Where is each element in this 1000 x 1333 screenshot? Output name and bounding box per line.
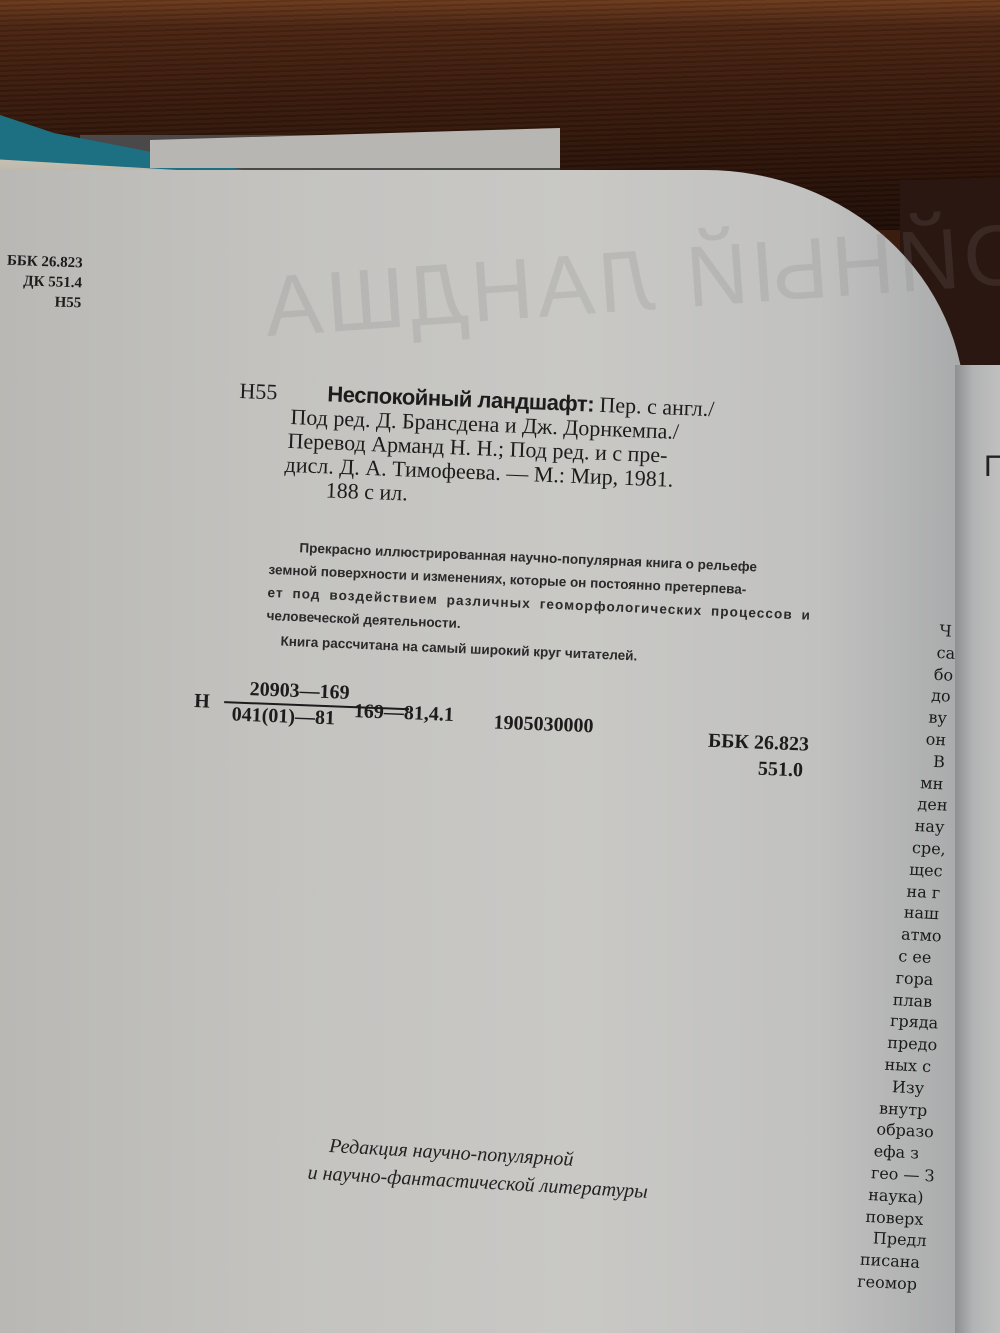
bbk-code: ББК 26.823 — [708, 730, 810, 757]
right-page-line: гора — [895, 967, 945, 991]
right-page-line: он — [925, 728, 958, 751]
right-page-line: ных с — [884, 1054, 941, 1079]
right-page-line: внутр — [879, 1097, 939, 1122]
record-line-5: 188 с ил. — [325, 477, 408, 506]
right-page-line: нау — [914, 815, 953, 839]
imprint-denominator: 041(01)—81 — [231, 703, 335, 730]
edge-code-udc: ДК 551.4 — [0, 271, 82, 294]
imprint-number: 1905030000 — [493, 712, 594, 739]
right-page-line: ден — [917, 793, 955, 817]
right-page-line: гео — З — [870, 1162, 935, 1187]
edge-code-author: Н55 — [0, 291, 82, 314]
right-page-line: ефа з — [873, 1140, 936, 1165]
right-book-page — [955, 365, 1000, 1333]
right-page-line: на г — [906, 880, 950, 904]
right-page-line: с ее — [898, 945, 947, 969]
imprint-letter: Н — [194, 690, 210, 714]
right-page-line: мн — [920, 772, 956, 796]
imprint-numerator: 20903—169 — [249, 678, 350, 705]
right-page-line: В — [922, 750, 956, 774]
right-page-heading: П — [984, 450, 1000, 484]
right-page-line: наука) — [868, 1184, 934, 1209]
right-page-line: предо — [887, 1032, 942, 1057]
right-page-line: са — [936, 642, 962, 665]
right-page-line: Изу — [881, 1075, 939, 1100]
author-sign-code: Н55 — [239, 378, 278, 405]
book-annotation: Прекрасно иллюстрированная научно-популя… — [265, 535, 813, 675]
right-page-line: образо — [876, 1119, 937, 1144]
right-page-line: ву — [928, 707, 959, 730]
right-page-line: наш — [903, 902, 949, 926]
edge-classification-codes: ББК 26.823 ДК 551.4 Н55 — [0, 251, 83, 314]
right-page-line: геомор — [857, 1270, 930, 1296]
imprint-suffix: 169—81,4.1 — [353, 700, 454, 727]
udc-code: 551.0 — [758, 758, 804, 783]
right-page-line: Ч — [939, 620, 964, 643]
right-page-line: сре, — [911, 837, 952, 861]
edge-code-bbk: ББК 26.823 — [0, 251, 83, 274]
right-page-line: плав — [892, 989, 944, 1013]
right-page-line: щес — [909, 859, 951, 883]
right-page-line: бо — [933, 663, 961, 686]
right-page-line: гряда — [890, 1010, 943, 1035]
right-page-line: атмо — [901, 924, 948, 948]
right-page-line: до — [931, 685, 961, 708]
